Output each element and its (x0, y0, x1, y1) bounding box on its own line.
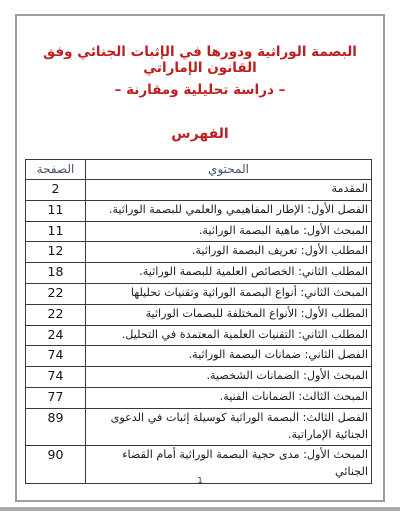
table-row: المطلب الثاني: التقنيات العلمية المعتمدة… (26, 325, 372, 346)
row-content: المطلب الثاني: التقنيات العلمية المعتمدة… (86, 325, 372, 346)
row-content: الفصل الثاني: ضمانات البصمة الوراثية. (86, 346, 372, 367)
row-content: المطلب الثاني: الخصائص العلمية للبصمة ال… (86, 263, 372, 284)
row-page: 89 (26, 408, 86, 446)
row-content: المبحث الأول: ماهية البصمة الوراثية. (86, 221, 372, 242)
header-cell-page: الصفحة (26, 160, 86, 180)
page-number: 1 (17, 476, 383, 485)
table-row: الفصل الأول: الإطار المفاهيمي والعلمي لل… (26, 200, 372, 221)
table-row: المبحث الثاني: أنواع البصمة الوراثية وتق… (26, 283, 372, 304)
row-content: المبحث الأول: الضمانات الشخصية. (86, 367, 372, 388)
document-page: البصمة الوراثية ودورها في الإثبات الجنائ… (15, 14, 385, 502)
page-bottom-separator (0, 507, 400, 511)
table-row: المطلب الأول: تعريف البصمة الوراثية.12 (26, 242, 372, 263)
title-line-1: البصمة الوراثية ودورها في الإثبات الجنائ… (17, 44, 383, 76)
table-row: المقدمة2 (26, 180, 372, 201)
row-content: المبحث الثالث: الضمانات الفنية. (86, 387, 372, 408)
row-content: الفصل الأول: الإطار المفاهيمي والعلمي لل… (86, 200, 372, 221)
table-row: المطلب الأول: الأنواع المختلفة للبصمات ا… (26, 304, 372, 325)
toc-table: المحتوي الصفحة المقدمة2الفصل الأول: الإط… (25, 159, 372, 484)
row-page: 22 (26, 283, 86, 304)
table-row: الفصل الثاني: ضمانات البصمة الوراثية.74 (26, 346, 372, 367)
row-page: 22 (26, 304, 86, 325)
table-row: الفصل الثالث: البصمة الوراثية كوسيلة إثب… (26, 408, 372, 446)
row-page: 12 (26, 242, 86, 263)
toc-header-row: المحتوي الصفحة (26, 160, 372, 180)
table-row: المطلب الثاني: الخصائص العلمية للبصمة ال… (26, 263, 372, 284)
table-row: المبحث الثالث: الضمانات الفنية.77 (26, 387, 372, 408)
row-page: 77 (26, 387, 86, 408)
row-content: المطلب الأول: تعريف البصمة الوراثية. (86, 242, 372, 263)
row-page: 24 (26, 325, 86, 346)
table-row: المبحث الأول: الضمانات الشخصية.74 (26, 367, 372, 388)
title-line-2: – دراسة تحليلية ومقارنة – (17, 82, 383, 98)
row-page: 2 (26, 180, 86, 201)
row-page: 18 (26, 263, 86, 284)
table-row: المبحث الأول: ماهية البصمة الوراثية.11 (26, 221, 372, 242)
toc-heading: الفهرس (17, 126, 383, 142)
row-page: 11 (26, 200, 86, 221)
row-page: 74 (26, 346, 86, 367)
row-content: الفصل الثالث: البصمة الوراثية كوسيلة إثب… (86, 408, 372, 446)
row-page: 11 (26, 221, 86, 242)
row-page: 74 (26, 367, 86, 388)
row-content: المبحث الثاني: أنواع البصمة الوراثية وتق… (86, 283, 372, 304)
row-content: المقدمة (86, 180, 372, 201)
header-cell-content: المحتوي (86, 160, 372, 180)
row-content: المطلب الأول: الأنواع المختلفة للبصمات ا… (86, 304, 372, 325)
